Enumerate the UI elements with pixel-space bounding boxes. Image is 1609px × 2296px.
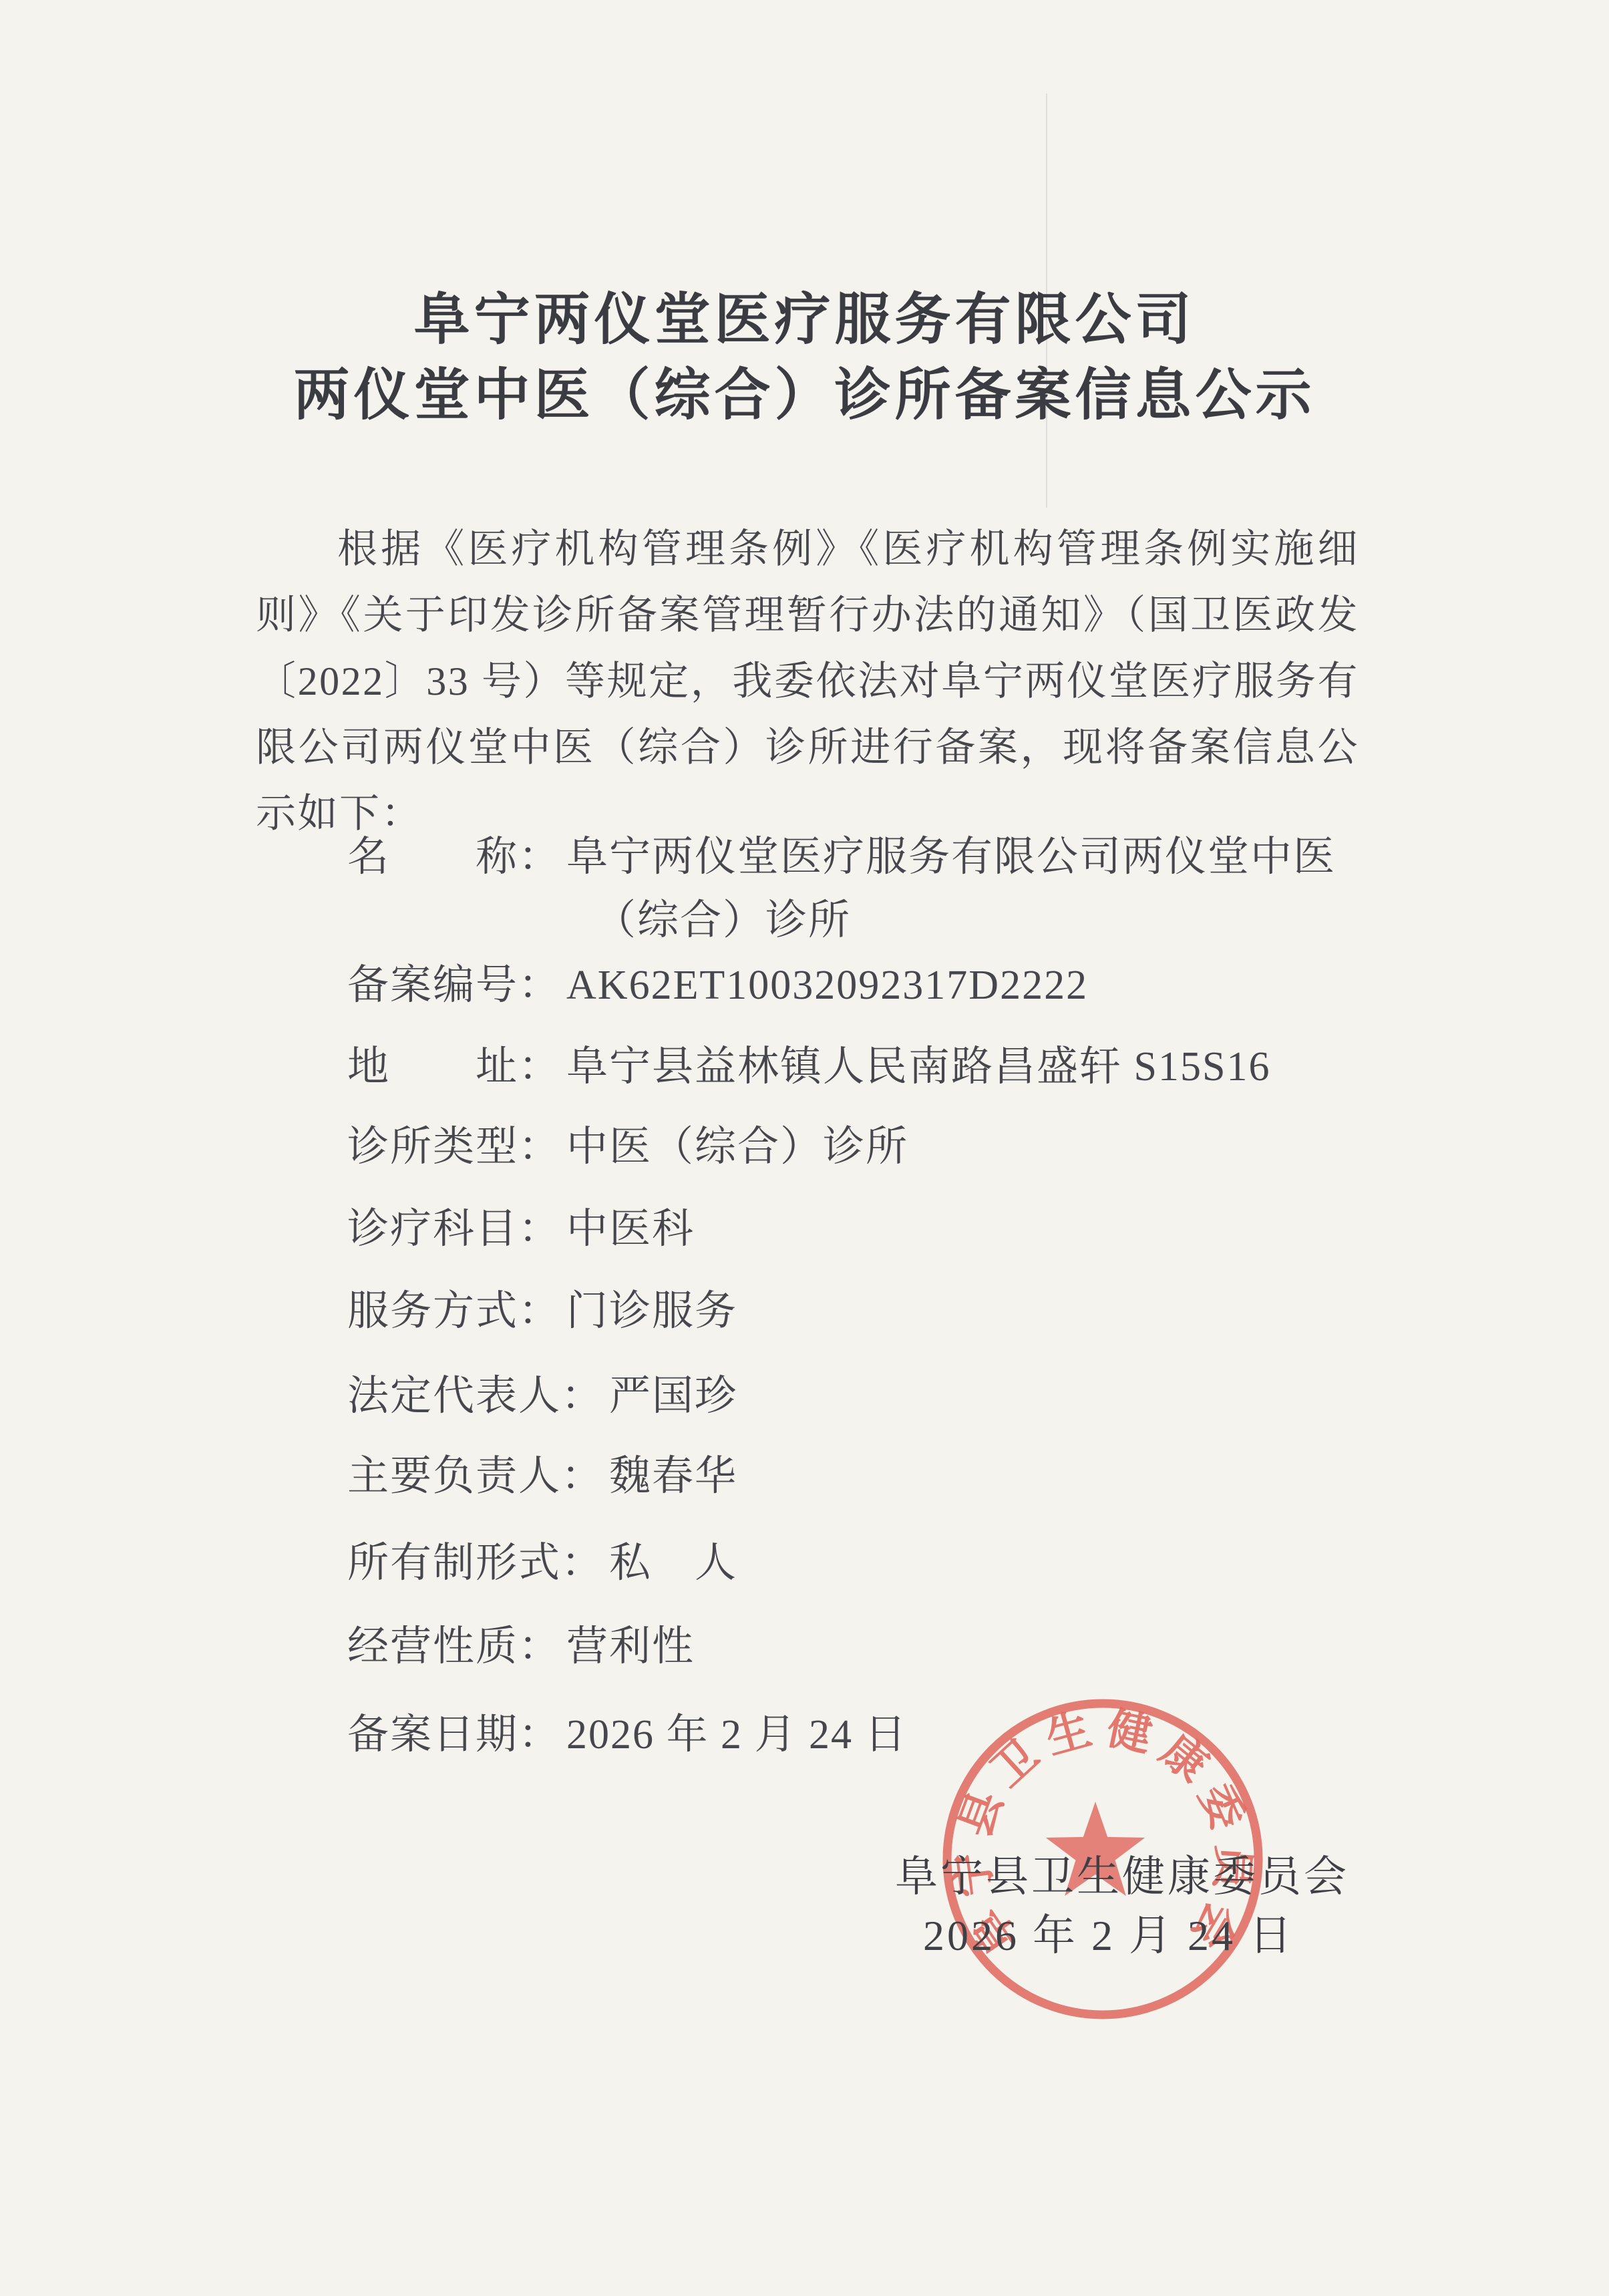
field-row-service-mode: 服务方式：门诊服务 xyxy=(347,1288,737,1335)
field-label-ownership: 所有制形式： xyxy=(347,1540,604,1586)
field-label-operation-nature: 经营性质： xyxy=(347,1624,561,1669)
field-value-clinic-type: 中医（综合）诊所 xyxy=(566,1124,908,1170)
field-value-filing-number: AK62ET10032092317D2222 xyxy=(566,963,1088,1008)
field-row-clinic-type: 诊所类型：中医（综合）诊所 xyxy=(347,1124,908,1170)
document-title-line1: 阜宁两仪堂医疗服务有限公司 xyxy=(0,286,1609,353)
intro-paragraph: 根据《医疗机构管理条例》《医疗机构管理条例实施细 则》《关于印发诊所备案管理暂行… xyxy=(256,516,1359,847)
field-row-treatment-subjects: 诊疗科目：中医科 xyxy=(347,1206,695,1253)
field-label-clinic-type: 诊所类型： xyxy=(347,1124,561,1170)
field-label-filing-number: 备案编号： xyxy=(347,963,561,1008)
paragraph-line-4: 限公司两仪堂中医（综合）诊所进行备案，现将备案信息公 xyxy=(256,715,1359,781)
field-value-legal-representative: 严国珍 xyxy=(609,1373,737,1419)
field-row-address: 地 址：阜宁县益林镇人民南路昌盛轩 S15S16 xyxy=(347,1043,1270,1090)
field-row-name: 名 称：阜宁两仪堂医疗服务有限公司两仪堂中医 xyxy=(347,834,1336,880)
field-label-treatment-subjects: 诊疗科目： xyxy=(347,1206,561,1252)
paragraph-line-1: 根据《医疗机构管理条例》《医疗机构管理条例实施细 xyxy=(256,516,1359,583)
field-label-filing-date: 备案日期： xyxy=(347,1712,561,1758)
scanned-document-page: 阜宁两仪堂医疗服务有限公司 两仪堂中医（综合）诊所备案信息公示 根据《医疗机构管… xyxy=(0,0,1609,2296)
field-row-filing-date: 备案日期：2026 年 2 月 24 日 xyxy=(347,1711,908,1758)
field-row-filing-number: 备案编号：AK62ET10032092317D2222 xyxy=(347,962,1088,1009)
document-title-line2: 两仪堂中医（综合）诊所备案信息公示 xyxy=(0,361,1609,428)
field-value-address: 阜宁县益林镇人民南路昌盛轩 S15S16 xyxy=(566,1044,1270,1090)
paragraph-line-3: 〔2022〕33 号）等规定，我委依法对阜宁两仪堂医疗服务有 xyxy=(256,649,1359,715)
field-value-principal: 魏春华 xyxy=(609,1454,737,1499)
signature-date: 2026 年 2 月 24 日 xyxy=(895,1912,1322,1960)
field-row-legal-representative: 法定代表人：严国珍 xyxy=(347,1373,737,1420)
field-label-address: 地 址： xyxy=(347,1044,561,1090)
field-value-name-continuation: （综合）诊所 xyxy=(594,897,851,944)
field-value-operation-nature: 营利性 xyxy=(566,1624,695,1669)
field-row-principal: 主要负责人：魏春华 xyxy=(347,1453,737,1500)
field-value-treatment-subjects: 中医科 xyxy=(566,1206,695,1252)
field-value-filing-date: 2026 年 2 月 24 日 xyxy=(566,1712,908,1758)
field-label-service-mode: 服务方式： xyxy=(347,1289,561,1334)
field-label-legal-representative: 法定代表人： xyxy=(347,1373,604,1419)
field-value-ownership: 私 人 xyxy=(609,1540,737,1586)
paragraph-line-2: 则》《关于印发诊所备案管理暂行办法的通知》（国卫医政发 xyxy=(256,583,1359,649)
field-value-name: 阜宁两仪堂医疗服务有限公司两仪堂中医 xyxy=(566,834,1336,880)
field-value-service-mode: 门诊服务 xyxy=(566,1289,737,1334)
field-label-name: 名 称： xyxy=(347,834,561,880)
field-label-principal: 主要负责人： xyxy=(347,1454,604,1499)
signature-org: 阜宁县卫生健康委员会 xyxy=(895,1853,1322,1901)
field-row-ownership: 所有制形式：私 人 xyxy=(347,1540,737,1587)
field-row-operation-nature: 经营性质：营利性 xyxy=(347,1623,695,1670)
